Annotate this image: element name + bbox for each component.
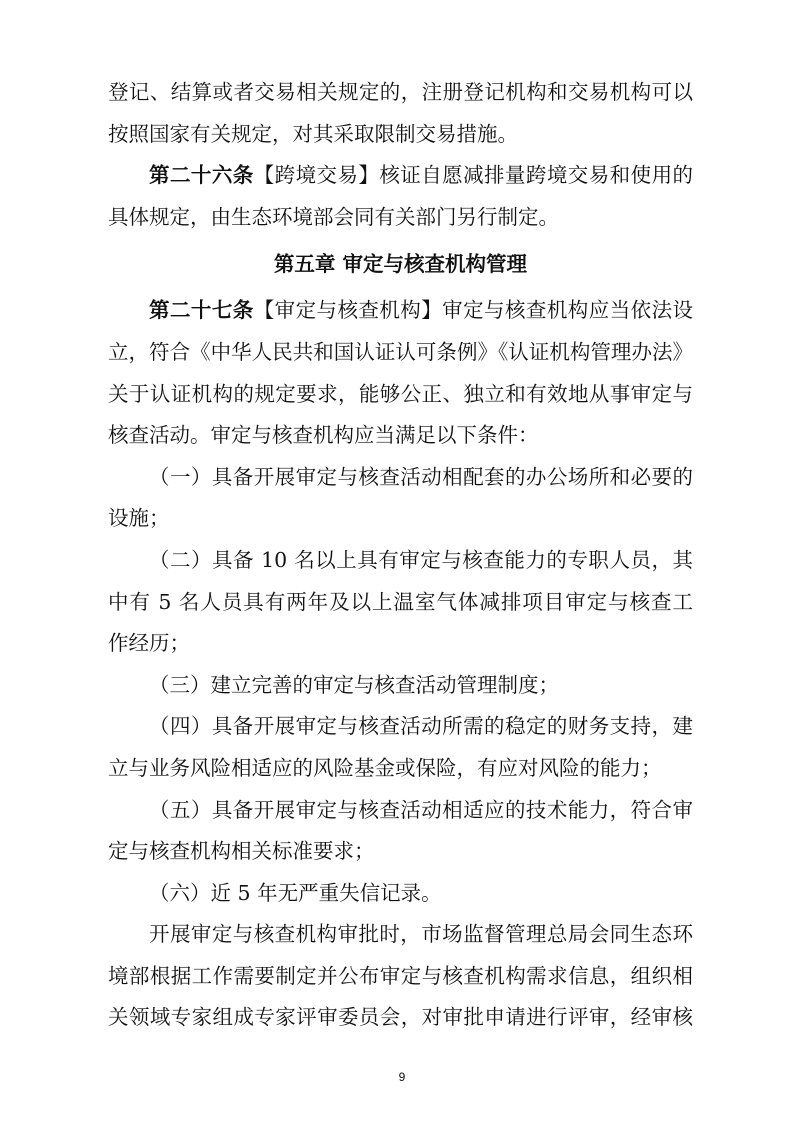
article-number: 第二十六条 [149, 163, 254, 187]
text-line: 设施； [108, 498, 693, 540]
article-text: 核证自愿减排量跨境交易和使用的 [379, 163, 693, 187]
text-line: （二）具备 10 名以上具有审定与核查能力的专职人员，其 [108, 540, 693, 582]
text-line: 第二十六条【跨境交易】核证自愿减排量跨境交易和使用的 [108, 155, 693, 197]
text-line: 定与核查机构相关标准要求； [108, 831, 693, 873]
text-line: 中有 5 名人员具有两年及以上温室气体减排项目审定与核查工 [108, 582, 693, 624]
condition-item-5: （五）具备开展审定与核查活动相适应的技术能力，符合审 定与核查机构相关标准要求； [108, 790, 693, 873]
condition-item-1: （一）具备开展审定与核查活动相配套的办公场所和必要的 设施； [108, 457, 693, 540]
chapter-heading: 第五章 审定与核查机构管理 [108, 238, 693, 290]
text-line: 关领域专家组成专家评审委员会，对审批申请进行评审，经审核 [108, 997, 693, 1039]
text-line: 立与业务风险相适应的风险基金或保险，有应对风险的能力； [108, 748, 693, 790]
document-page: 登记、结算或者交易相关规定的，注册登记机构和交易机构可以 按照国家有关规定，对其… [0, 0, 804, 1135]
article-number: 第二十七条 [149, 298, 254, 322]
text-line: （六）近 5 年无严重失信记录。 [108, 873, 693, 915]
text-line: 第二十七条【审定与核查机构】审定与核查机构应当依法设 [108, 290, 693, 332]
article-27: 第二十七条【审定与核查机构】审定与核查机构应当依法设 立，符合《中华人民共和国认… [108, 290, 693, 456]
document-body: 登记、结算或者交易相关规定的，注册登记机构和交易机构可以 按照国家有关规定，对其… [108, 72, 693, 1039]
condition-item-2: （二）具备 10 名以上具有审定与核查能力的专职人员，其 中有 5 名人员具有两… [108, 540, 693, 665]
paragraph-continuation: 登记、结算或者交易相关规定的，注册登记机构和交易机构可以 按照国家有关规定，对其… [108, 72, 693, 155]
text-line: 作经历； [108, 623, 693, 665]
condition-item-6: （六）近 5 年无严重失信记录。 [108, 873, 693, 915]
text-line: （三）建立完善的审定与核查活动管理制度； [108, 665, 693, 707]
text-line: （四）具备开展审定与核查活动所需的稳定的财务支持，建 [108, 706, 693, 748]
article-text: 审定与核查机构应当依法设 [442, 298, 693, 322]
article-title: 【跨境交易】 [254, 163, 380, 187]
text-line: 关于认证机构的规定要求，能够公正、独立和有效地从事审定与 [108, 374, 693, 416]
text-line: （五）具备开展审定与核查活动相适应的技术能力，符合审 [108, 790, 693, 832]
condition-item-3: （三）建立完善的审定与核查活动管理制度； [108, 665, 693, 707]
text-line: 境部根据工作需要制定并公布审定与核查机构需求信息，组织相 [108, 956, 693, 998]
page-number: 9 [0, 1070, 804, 1084]
condition-item-4: （四）具备开展审定与核查活动所需的稳定的财务支持，建 立与业务风险相适应的风险基… [108, 706, 693, 789]
text-line: 按照国家有关规定，对其采取限制交易措施。 [108, 114, 693, 156]
article-title: 【审定与核查机构】 [254, 298, 442, 322]
article-26: 第二十六条【跨境交易】核证自愿减排量跨境交易和使用的 具体规定，由生态环境部会同… [108, 155, 693, 238]
paragraph-approval: 开展审定与核查机构审批时，市场监督管理总局会同生态环 境部根据工作需要制定并公布… [108, 914, 693, 1039]
text-line: （一）具备开展审定与核查活动相配套的办公场所和必要的 [108, 457, 693, 499]
text-line: 核查活动。审定与核查机构应当满足以下条件： [108, 415, 693, 457]
text-line: 立，符合《中华人民共和国认证认可条例》《认证机构管理办法》 [108, 332, 693, 374]
text-line: 开展审定与核查机构审批时，市场监督管理总局会同生态环 [108, 914, 693, 956]
text-line: 登记、结算或者交易相关规定的，注册登记机构和交易机构可以 [108, 72, 693, 114]
text-line: 具体规定，由生态环境部会同有关部门另行制定。 [108, 197, 693, 239]
